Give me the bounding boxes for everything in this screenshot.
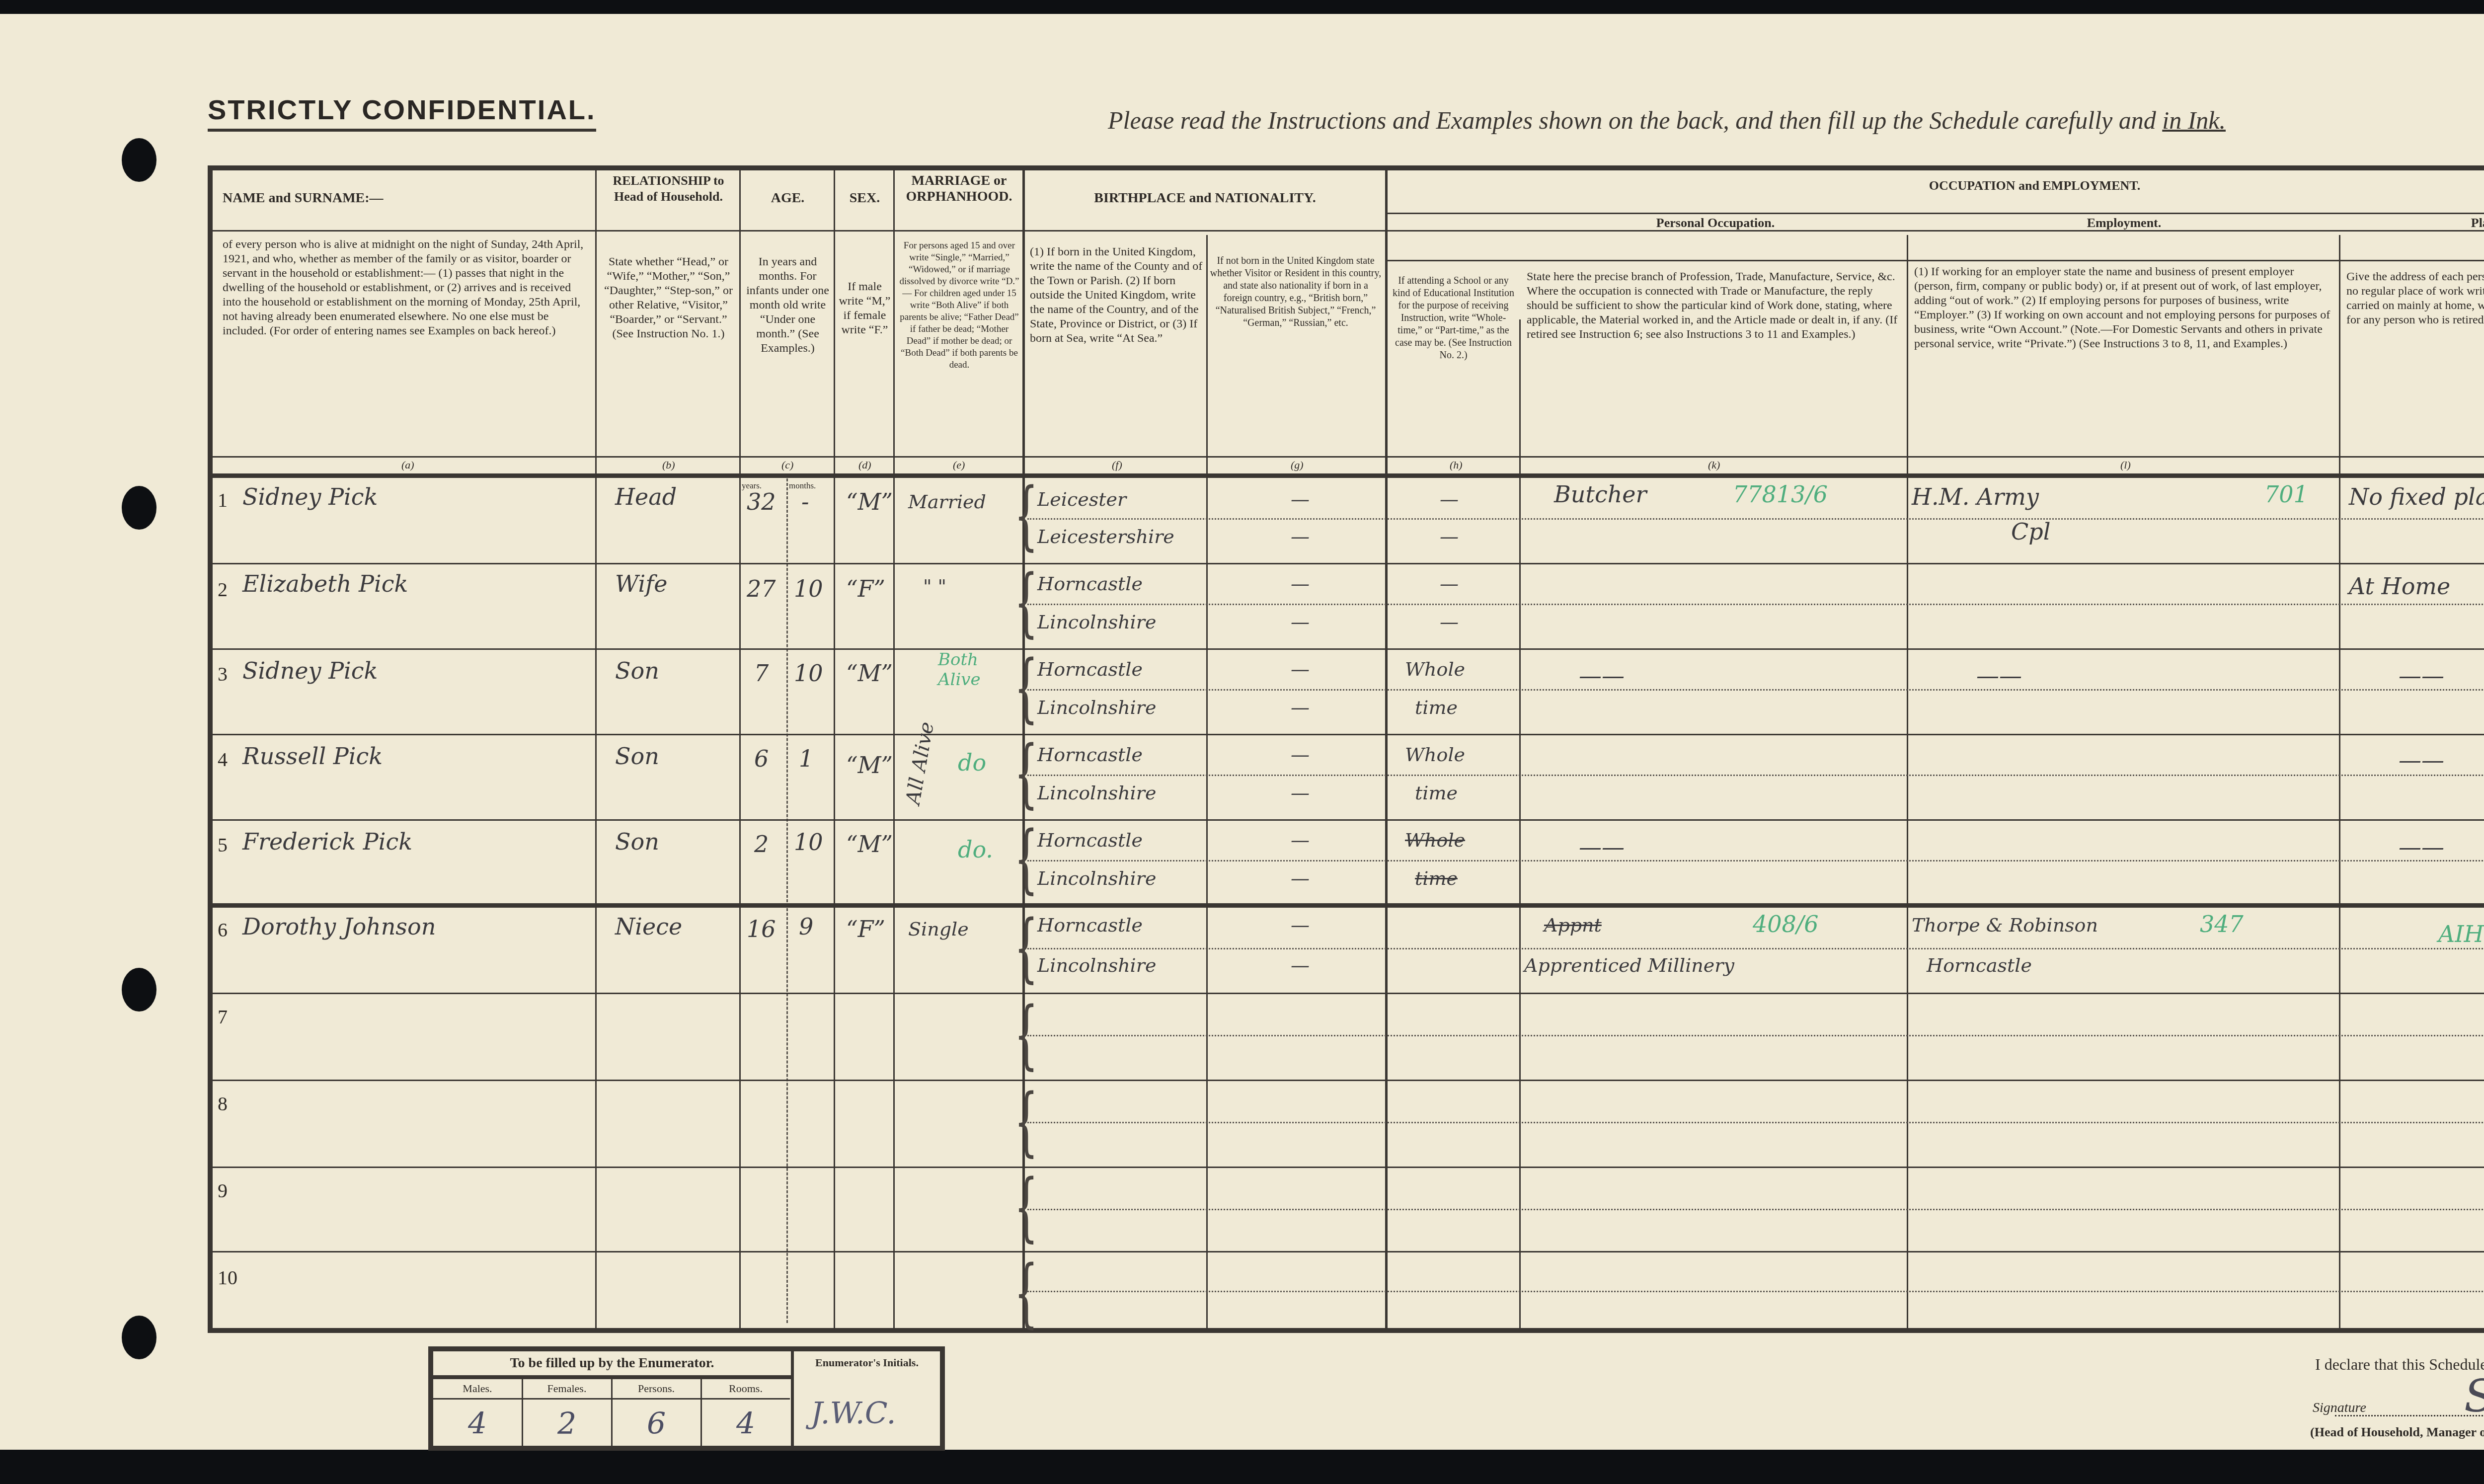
signature-label: Signature	[2313, 1400, 2366, 1416]
signature-note: (Head of Household, Manager of Establish…	[2310, 1425, 2484, 1440]
rooms-count[interactable]: 4	[701, 1400, 790, 1441]
punch-hole	[122, 968, 156, 1012]
males-count[interactable]: 4	[433, 1400, 522, 1441]
punch-hole	[122, 138, 156, 182]
persons-count[interactable]: 6	[612, 1400, 700, 1441]
declaration-text: I declare that this Schedule is correctl…	[2315, 1355, 2484, 1374]
school-struck[interactable]: time	[1415, 867, 1458, 889]
females-count[interactable]: 2	[523, 1400, 611, 1441]
enumerator-totals-box: To be filled up by the Enumerator. Enume…	[428, 1346, 945, 1451]
enumerator-initials[interactable]: J.W.C.	[811, 1396, 896, 1431]
household-schedule-table: NAME and SURNAME:— RELATIONSHIP to Head …	[208, 165, 2484, 1333]
signature-line	[2335, 1415, 2484, 1416]
punch-hole	[122, 1316, 156, 1359]
census-schedule-page: STRICTLY CONFIDENTIAL. Please read the I…	[0, 14, 2484, 1450]
confidential-heading: STRICTLY CONFIDENTIAL.	[208, 93, 596, 132]
marriage-annotation: All Alive	[902, 720, 938, 806]
punch-hole	[122, 486, 156, 530]
school-struck[interactable]: Whole	[1405, 829, 1465, 851]
instructions-line: Please read the Instructions and Example…	[1108, 106, 2226, 135]
